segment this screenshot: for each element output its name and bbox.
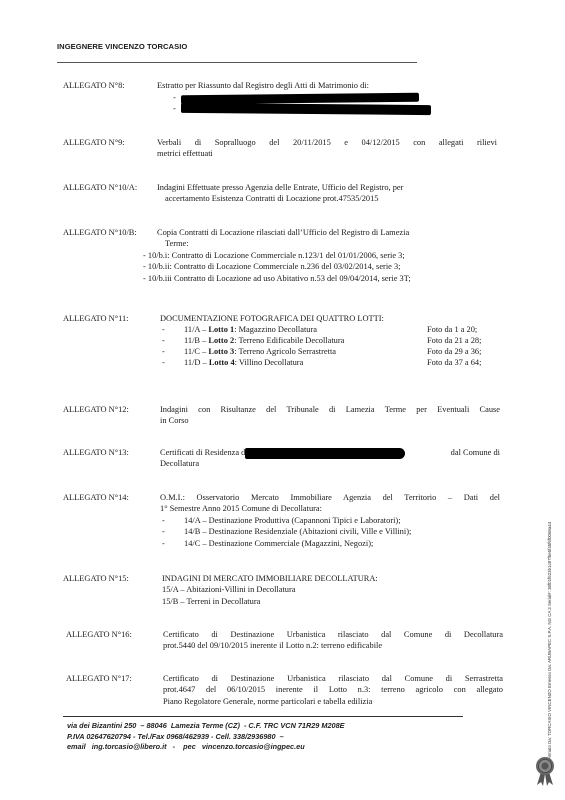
letterhead-title: INGEGNERE VINCENZO TORCASIO <box>57 42 187 51</box>
photo-range: Foto da 37 a 64; <box>427 357 481 368</box>
footer-divider <box>63 716 463 717</box>
attachment-label: ALLEGATO N°12: <box>63 404 129 415</box>
omi-item: -14/B – Destinazione Residenziale (Abita… <box>162 526 411 537</box>
footer-contacts: P.IVA 02647620794 - Tel./Fax 0968/462939… <box>67 732 345 743</box>
photo-range: Foto da 1 a 20; <box>427 324 477 335</box>
lot-row: -11/C – Lotto 3: Terreno Agricolo Serras… <box>162 346 482 357</box>
attachment-label: ALLEGATO N°10/B: <box>63 227 137 238</box>
market-item: 15/A – Abitazioni-Villini in Decollatura <box>162 584 378 595</box>
digital-signature-text: Firmato Da: TORCASIO VINCENZO Emesso Da:… <box>547 220 552 760</box>
attachment-label: ALLEGATO N°11: <box>63 313 128 324</box>
contract-item: - 10/b.iii Contratto di Locazione ad uso… <box>143 273 411 284</box>
footer-address: via dei Bizantini 250 – 88046 Lamezia Te… <box>67 721 345 732</box>
attachment-label: ALLEGATO N°15: <box>63 573 129 584</box>
letterhead-footer: via dei Bizantini 250 – 88046 Lamezia Te… <box>67 721 345 753</box>
attachment-label: ALLEGATO N°17: <box>66 673 132 684</box>
attachment-title: DOCUMENTAZIONE FOTOGRAFICA DEI QUATTRO L… <box>160 313 384 324</box>
attachment-description: Indagini Effettuate presso Agenzia delle… <box>157 182 403 193</box>
attachment-description: O.M.I.: Osservatorio Mercato Immobiliare… <box>160 492 500 503</box>
attachment-label: ALLEGATO N°13: <box>63 447 129 458</box>
omi-item: -14/C – Destinazione Commerciale (Magazz… <box>162 538 411 549</box>
attachment-description: Verbali di Sopralluogo del 20/11/2015 e … <box>157 137 497 148</box>
photo-range: Foto da 21 a 28; <box>427 335 481 346</box>
redaction-bar <box>245 448 405 459</box>
redaction-bar <box>181 92 419 103</box>
header-divider <box>57 62 417 63</box>
attachment-label: ALLEGATO N°8: <box>63 80 125 91</box>
attachment-description: Estratto per Riassunto dal Registro degl… <box>157 80 369 91</box>
attachment-label: ALLEGATO N°14: <box>63 492 129 503</box>
lot-row: -11/A – Lotto 1: Magazzino Decollatura F… <box>162 324 482 335</box>
redacted-item: - <box>173 92 431 103</box>
photo-range: Foto da 29 a 36; <box>427 346 481 357</box>
footer-email: email ing.torcasio@libero.it - pec vince… <box>67 742 345 753</box>
attachment-label: ALLEGATO N°9: <box>63 137 125 148</box>
attachment-label: ALLEGATO N°16: <box>66 629 132 640</box>
seal-ribbon-icon <box>534 754 556 788</box>
attachment-description: Certificato di Destinazione Urbanistica … <box>163 673 503 684</box>
lot-row: -11/B – Lotto 2: Terreno Edificabile Dec… <box>162 335 482 346</box>
redaction-bar <box>181 103 431 115</box>
attachment-label: ALLEGATO N°10/A: <box>63 182 137 193</box>
attachment-description: Indagini con Risultanze del Tribunale di… <box>160 404 500 415</box>
attachment-description: Copia Contratti di Locazione rilasciati … <box>157 227 409 238</box>
attachment-description: Certificato di Destinazione Urbanistica … <box>163 629 503 640</box>
contract-item: - 10/b.i: Contratto di Locazione Commerc… <box>143 250 411 261</box>
attachment-title: INDAGINI DI MERCATO IMMOBILIARE DECOLLAT… <box>162 573 378 584</box>
market-item: 15/B – Terreni in Decollatura <box>162 596 378 607</box>
lot-row: -11/D – Lotto 4: Villino Decollatura Fot… <box>162 357 482 368</box>
attachment-description: Certificati di Residenza d dal Comune di <box>160 447 500 458</box>
contract-item: - 10/b.ii: Contratto di Locazione Commer… <box>143 261 411 272</box>
omi-item: -14/A – Destinazione Produttiva (Capanno… <box>162 515 411 526</box>
redacted-item: - <box>173 103 431 114</box>
